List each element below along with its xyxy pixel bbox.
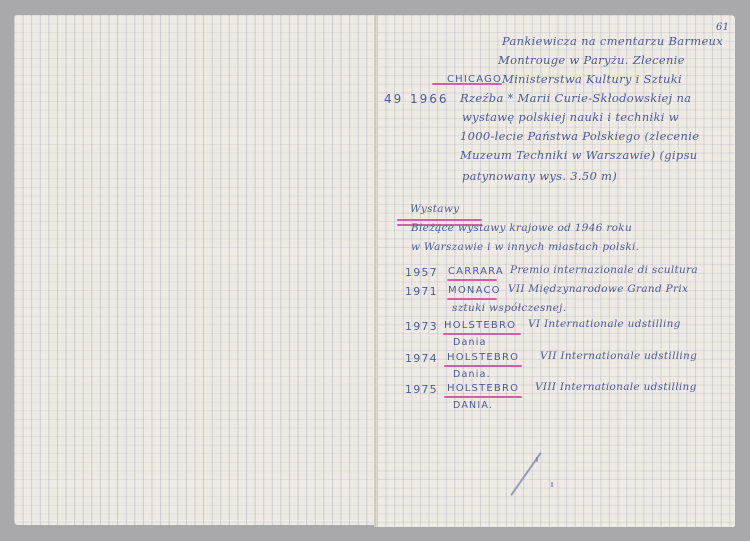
left-page xyxy=(14,15,376,525)
exhibition-city: HOLSTEBRO xyxy=(447,352,519,363)
exhibition-city: HOLSTEBRO xyxy=(444,320,516,331)
city-underline xyxy=(444,365,522,367)
pen-tick xyxy=(551,482,553,487)
exhibition-city: CARRARA xyxy=(448,266,504,277)
city-underline xyxy=(447,298,497,300)
exhibition-year: 1975 xyxy=(405,383,438,396)
city-underline xyxy=(444,396,522,398)
exhibition-desc-cont: sztuki współczesnej. xyxy=(452,302,566,314)
entry-number: 49 xyxy=(384,92,403,106)
exhibition-desc-cont: Dania. xyxy=(453,369,491,380)
exhibition-city: HOLSTEBRO xyxy=(447,383,519,394)
entry-line-3: Ministerstwa Kultury i Sztuki xyxy=(502,72,682,86)
exhibition-desc: Premio internazionale di scultura xyxy=(510,264,698,276)
entry-line-8: patynowany wys. 3.50 m) xyxy=(462,169,617,183)
exhibition-year: 1974 xyxy=(405,352,438,365)
entry-line-4: Rzeźba * Marii Curie-Skłodowskiej na xyxy=(460,91,691,105)
exhibition-desc-cont: Dania xyxy=(453,337,487,348)
exhibition-city: MONACO xyxy=(448,285,501,296)
intro-line-2: w Warszawie i w innych miastach polski. xyxy=(411,241,639,253)
page-number: 61 xyxy=(716,22,729,33)
intro-line-1: Bieżące wystawy krajowe od 1946 roku xyxy=(411,222,632,234)
exhibition-year: 1957 xyxy=(405,266,438,279)
highlight-underline xyxy=(432,83,502,85)
entry-line-2: Montrouge w Paryżu. Zlecenie xyxy=(498,53,685,67)
entry-line-6: 1000-lecie Państwa Polskiego (zlecenie xyxy=(460,129,699,143)
entry-line-5: wystawę polskiej nauki i techniki w xyxy=(462,110,679,124)
exhibition-desc: VIII Internationale udstilling xyxy=(535,381,697,393)
city-underline xyxy=(443,333,521,335)
exhibition-desc: VII Internationale udstilling xyxy=(540,350,697,362)
city-underline xyxy=(447,279,497,281)
exhibition-desc: VI Internationale udstilling xyxy=(528,318,681,330)
exhibition-year: 1973 xyxy=(405,320,438,333)
exhibition-desc-cont: DANIA. xyxy=(453,400,493,411)
entry-line-1: Pankiewicza na cmentarzu Barmeux xyxy=(502,34,723,48)
exhibition-year: 1971 xyxy=(405,285,438,298)
heading-underline-1 xyxy=(397,219,482,221)
section-heading-exhibitions: Wystawy xyxy=(410,203,459,215)
entry-year: 1966 xyxy=(410,92,449,106)
pen-tick xyxy=(536,457,538,462)
exhibition-desc: VII Międzynarodowe Grand Prix xyxy=(508,283,688,295)
entry-line-7: Muzeum Techniki w Warszawie) (gipsu xyxy=(460,148,697,162)
